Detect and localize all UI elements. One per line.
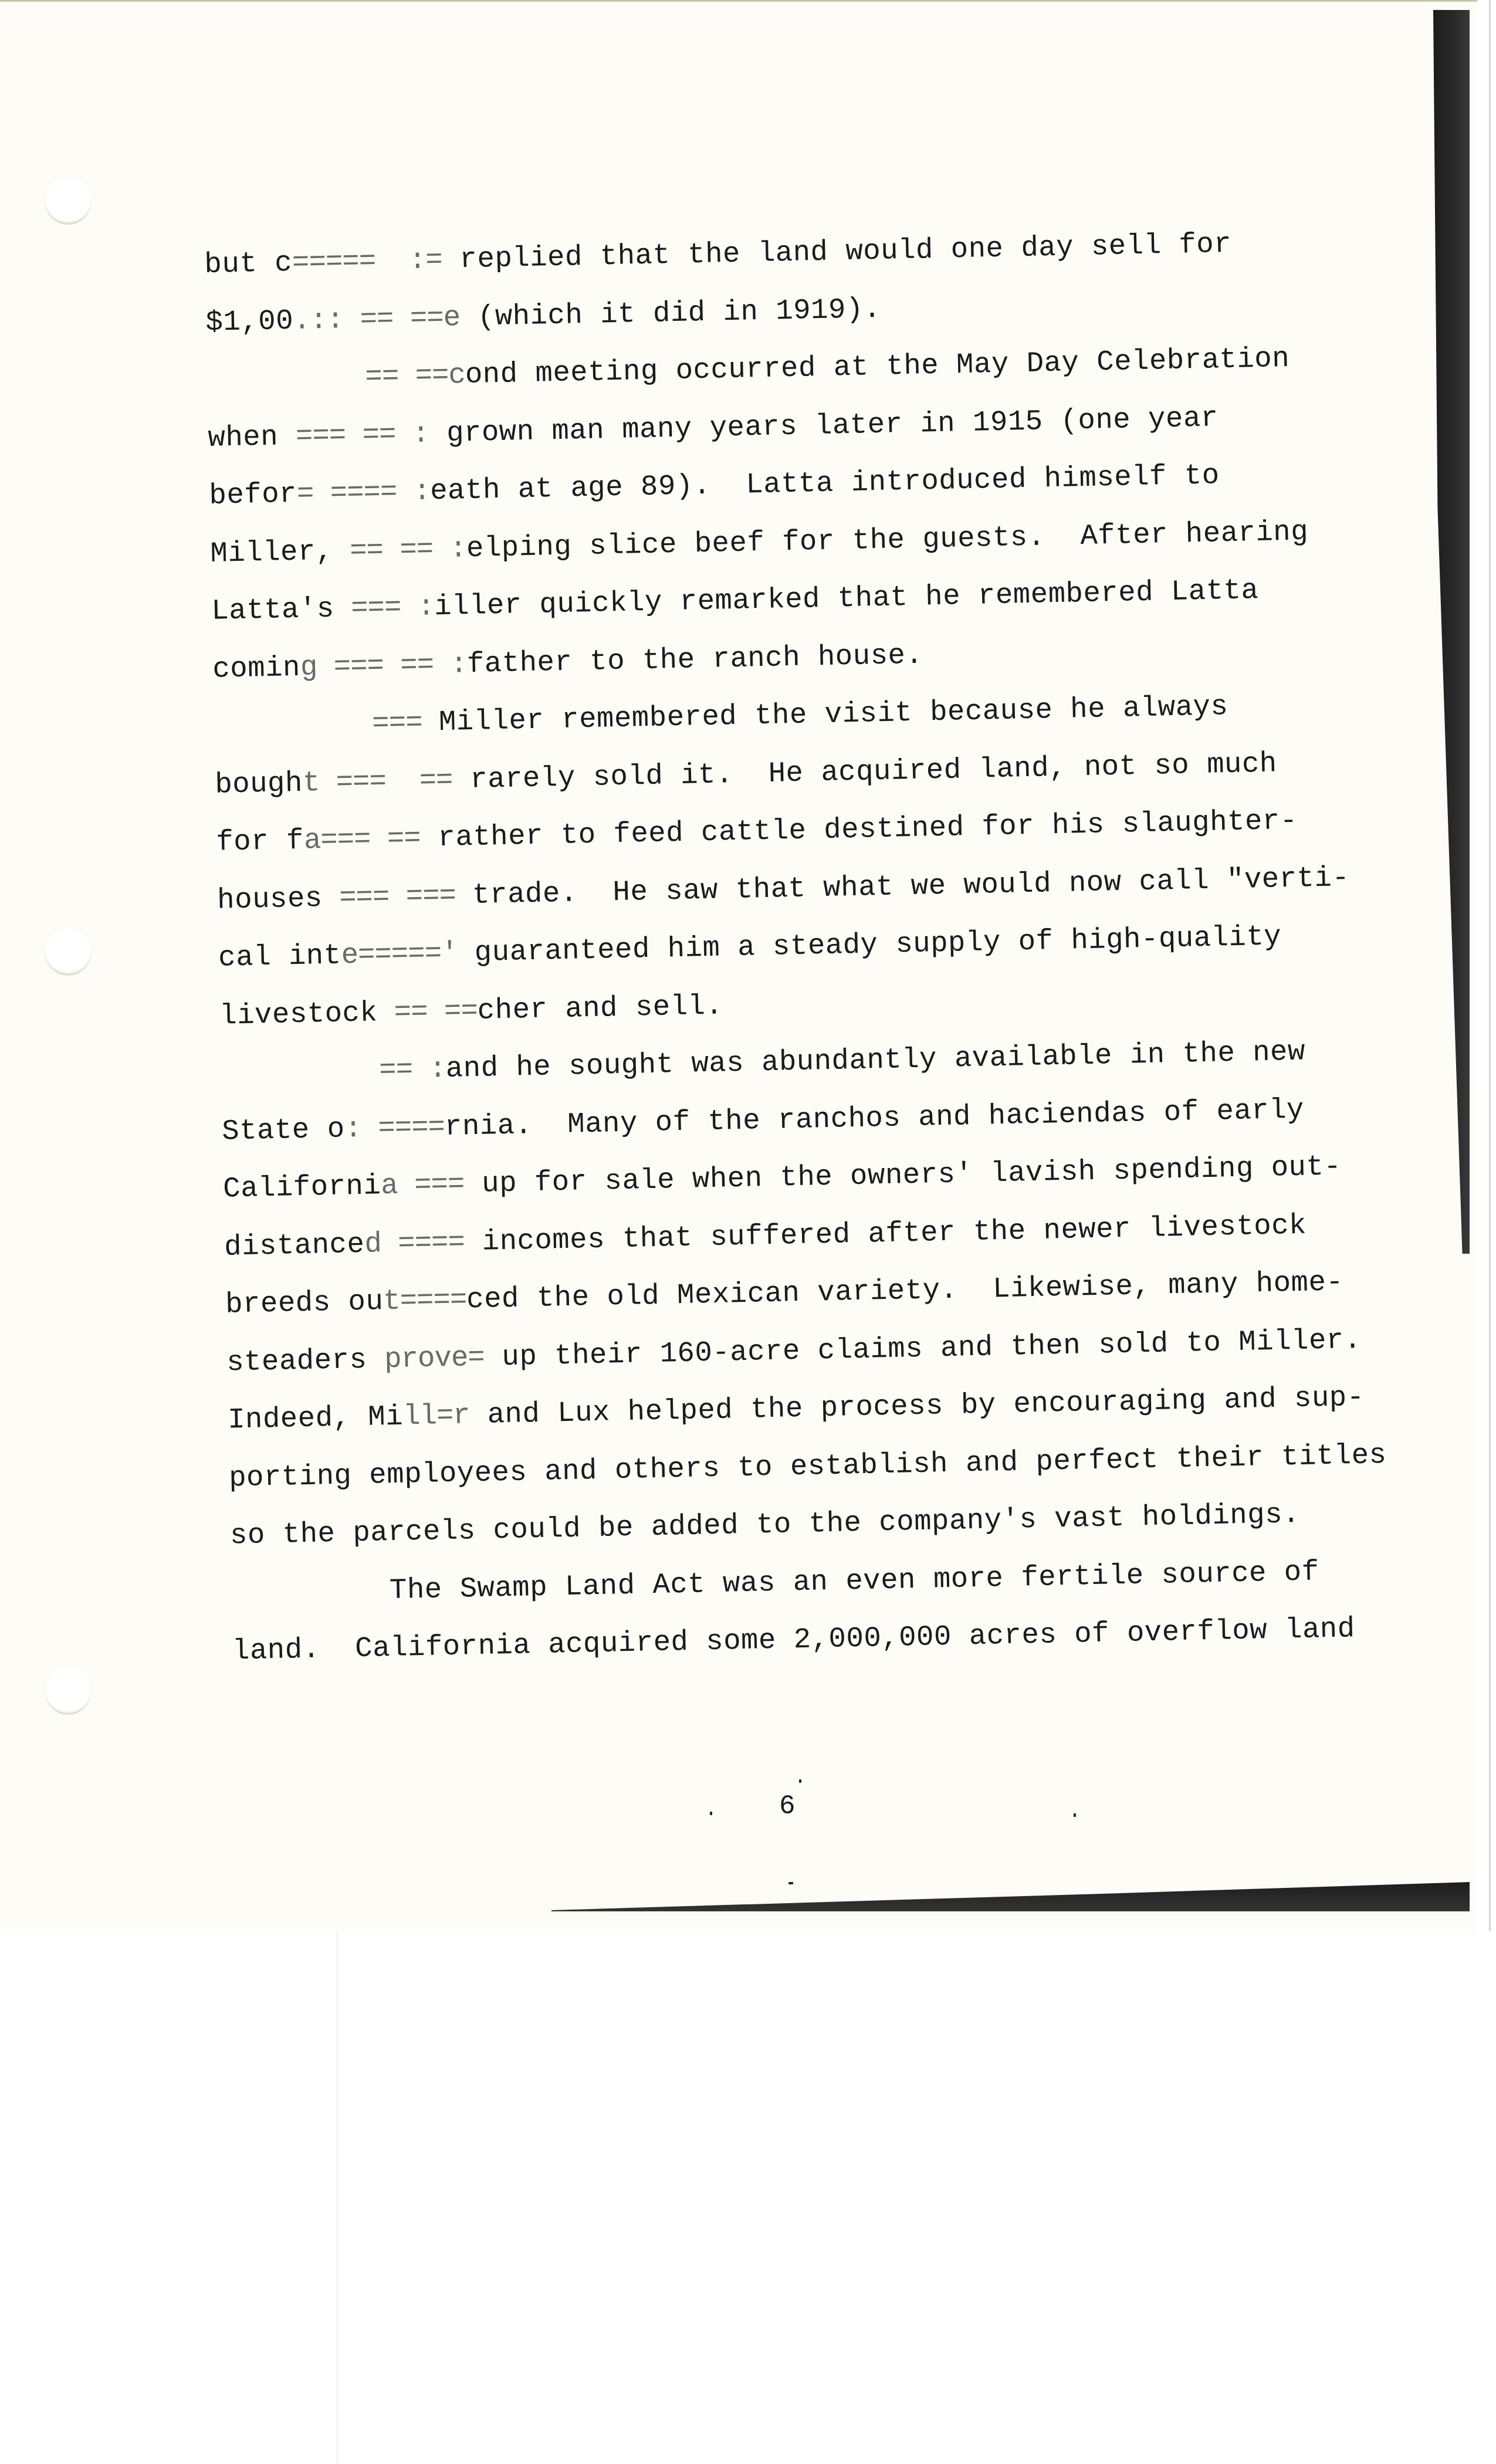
obscured-text: .:: == ==e	[293, 301, 461, 337]
obscured-text: == == :	[333, 532, 466, 568]
obscured-text: e====='	[341, 936, 475, 972]
obscured-text: g === == :	[300, 648, 467, 684]
obscured-text: === ===	[322, 879, 473, 915]
obscured-text: == :	[379, 1052, 446, 1087]
obscured-text: t====	[383, 1283, 467, 1318]
scan-seam	[337, 1931, 338, 2464]
obscured-text: d ====	[364, 1226, 465, 1260]
scan-speck	[1074, 1813, 1076, 1817]
scan-speck	[799, 1779, 801, 1783]
scan-edge-shadow-right	[1433, 10, 1470, 1254]
blank-lower-area	[0, 1931, 1496, 2464]
scanned-page: but c===== := replied that the land woul…	[0, 0, 1477, 1932]
obscured-text: == ==	[377, 994, 478, 1028]
scan-speck	[788, 1882, 793, 1884]
punch-hole-icon	[45, 929, 92, 976]
obscured-text: ll=r	[403, 1399, 471, 1433]
page-number: 6	[779, 1791, 796, 1822]
obscured-text: prove=	[384, 1341, 485, 1375]
obscured-text: t === ==	[302, 763, 453, 799]
obscured-text: ===	[372, 706, 439, 740]
scan-speck	[710, 1812, 712, 1815]
obscured-text: === :	[334, 590, 435, 625]
obscured-text: ===== :=	[292, 243, 443, 279]
punch-hole-icon	[45, 178, 92, 225]
obscured-text: : ====	[344, 1111, 445, 1145]
obscured-text: a=== ==	[303, 822, 421, 857]
scan-edge-shadow-bottom	[551, 1882, 1470, 1911]
obscured-text: = ==== :	[296, 475, 430, 510]
body-text: but c===== := replied that the land woul…	[204, 224, 1406, 1691]
punch-hole-icon	[45, 1668, 92, 1715]
obscured-text: === == :	[295, 417, 429, 453]
obscured-text: == ==c	[365, 358, 466, 393]
obscured-text: a ===	[381, 1167, 465, 1202]
